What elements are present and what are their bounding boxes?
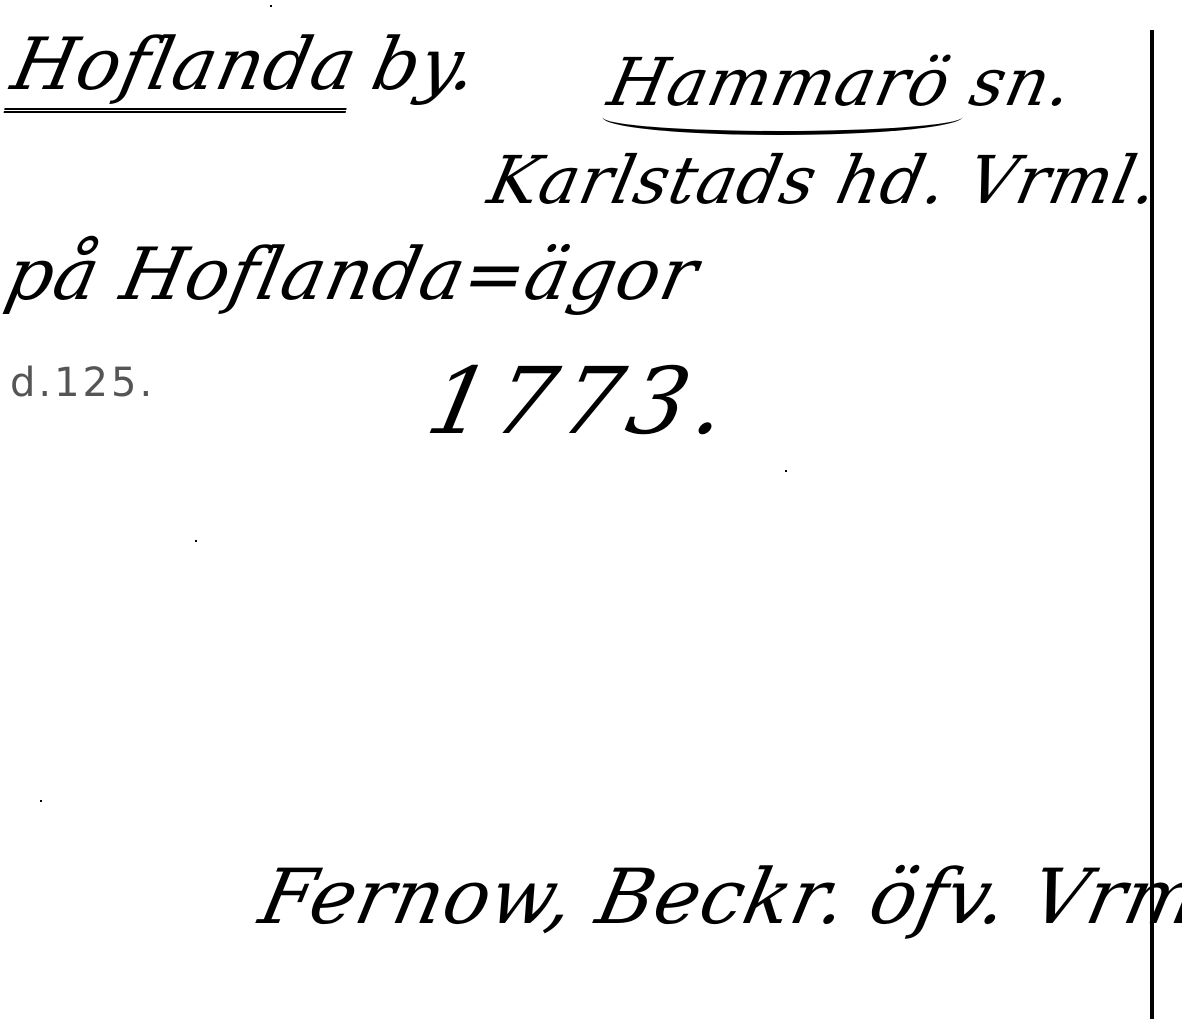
- title-line: Hoflandaby.: [6, 28, 485, 100]
- village-name: Hoflanda: [4, 22, 365, 113]
- paper-speck: [40, 800, 42, 802]
- catalog-number: d.125.: [10, 360, 155, 406]
- parish-suffix: sn.: [964, 44, 1081, 121]
- year: 1773.: [419, 348, 745, 455]
- parish-line: Hammarö sn.: [602, 44, 1080, 121]
- district-line: Karlstads hd. Vrml.: [482, 142, 1166, 219]
- signature: Fernow, Beckr. öfv. Vrml.: [253, 852, 1182, 941]
- paper-speck: [195, 540, 197, 542]
- paper-speck: [785, 470, 787, 472]
- parish-name: Hammarö: [602, 44, 958, 121]
- estate-line: på Hoflanda=ägor: [0, 232, 706, 316]
- village-suffix: by.: [365, 22, 486, 106]
- paper-speck: [270, 5, 272, 7]
- card-edge-divider: [1150, 30, 1154, 1019]
